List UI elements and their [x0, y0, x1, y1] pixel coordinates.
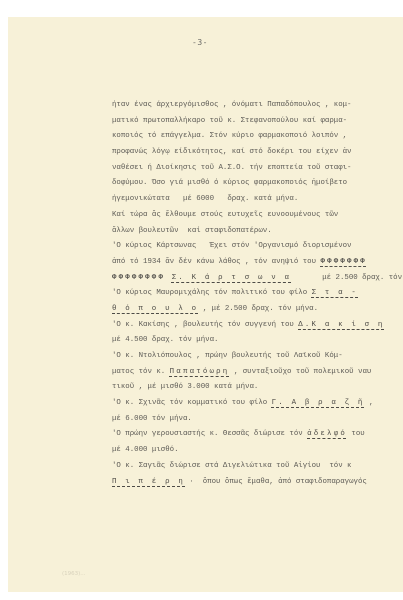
text-run: ματος τόν κ.: [112, 368, 170, 376]
text-line: 'Ο κύριος Κάρτσωνας Έχει στόν 'Οργανισμό…: [112, 239, 402, 255]
text-line: ήταν ένας άρχιεργόμισθος , όνόματι Παπαδ…: [112, 98, 402, 114]
text-line: τικοῦ , μέ μισθό 3.000 κατά μήνα.: [112, 380, 402, 396]
underlined-name: Δ.Κ α κ ί σ η: [298, 321, 384, 329]
text-run: του: [347, 430, 365, 438]
text-line: ἀπό τό 1934 ἄν δέν κάνω λάθος , τόν ανηψ…: [112, 255, 402, 271]
text-run: Καί τώρα ἄς ἔλθουμε στούς ευτυχεῖς ευνοο…: [112, 211, 338, 219]
underlined-name: Γ. Α β ρ α ζ ῆ: [272, 399, 365, 407]
text-run: 'Ο κ. Ντολιόπουλος , πρώην βουλευτής τοῦ…: [112, 352, 343, 360]
text-run: ήταν ένας άρχιεργόμισθος , όνόματι Παπαδ…: [112, 101, 352, 109]
text-run: ἄλλων βουλευτῶν καί σταφιδοπατέρων.: [112, 227, 272, 235]
text-line: 'Ο κύριος Μαυρομιχάλης τόν πολιτικό του …: [112, 286, 402, 302]
text-line: ματος τόν κ. Παπατόωρη , συνταξιοῦχο τοῦ…: [112, 365, 402, 381]
archive-mark: (1963)...: [62, 571, 86, 577]
underlined-name: ΦΦΦΦΦΦΦ: [320, 258, 366, 266]
text-run: ναθέσει ή Διοίκησις τοῦ Α.Σ.Ο. τήν εποπτ…: [112, 164, 352, 172]
underlined-name: θ ό π ο υ λ ο: [112, 305, 198, 313]
text-line: Καί τώρα ἄς ἔλθουμε στούς ευτυχεῖς ευνοο…: [112, 208, 402, 224]
text-run: 'Ο κύριος Κάρτσωνας Έχει στόν 'Οργανισμό…: [112, 242, 352, 250]
text-run: προφανώς λόγῳ είδικότητος, καί στό δοκέρ…: [112, 148, 352, 156]
text-run: 'Ο κ. Σχινᾶς τόν κομματικό του φίλο: [112, 399, 272, 407]
text-line: 'Ο κ. Κακίσης , βουλευτής τόν συγγενή το…: [112, 318, 402, 334]
text-run: μέ 4.000 μισθό.: [112, 446, 179, 454]
text-run: ἀπό τό 1934 ἄν δέν κάνω λάθος , τόν ανηψ…: [112, 258, 320, 266]
text-line: 'Ο κ. Σαγιᾶς διώρισε στά Διγελιώτικα τοῦ…: [112, 459, 402, 475]
text-run: μέ 2.500 δραχ. τόν μήνα: [291, 274, 403, 282]
text-line: κοποιός τό επάγγελμα. Στόν κύριο φαρμακο…: [112, 129, 402, 145]
underlined-name: ἀδελφό: [307, 430, 347, 438]
underlined-name: Παπατόωρη: [170, 368, 230, 376]
text-run: τικοῦ , μέ μισθό 3.000 κατά μήνα.: [112, 383, 258, 391]
text-line: προφανώς λόγῳ είδικότητος, καί στό δοκέρ…: [112, 145, 402, 161]
text-line: 'Ο κ. Ντολιόπουλος , πρώην βουλευτής τοῦ…: [112, 349, 402, 365]
text-line: ναθέσει ή Διοίκησις τοῦ Α.Σ.Ο. τήν εποπτ…: [112, 161, 402, 177]
page-number: -3-: [180, 38, 220, 47]
text-run: μέ 4.500 δραχ. τόν μήνα.: [112, 336, 218, 344]
underlined-name: Π ι π έ ρ η: [112, 478, 185, 486]
typewritten-body: ήταν ένας άρχιεργόμισθος , όνόματι Παπαδ…: [112, 98, 402, 490]
text-line: Π ι π έ ρ η · ὅπου ὅπως ἔμαθα, ἀπό σταφι…: [112, 475, 402, 491]
text-run: μέ 6.000 τόν μήνα.: [112, 415, 192, 423]
text-line: ματικό πρωτοπαλλήκαρο τοῦ κ. Στεφανοπούλ…: [112, 114, 402, 130]
text-run: 'Ο κ. Σαγιᾶς διώρισε στά Διγελιώτικα τοῦ…: [112, 462, 352, 470]
text-line: μέ 6.000 τόν μήνα.: [112, 412, 402, 428]
text-line: μέ 4.000 μισθό.: [112, 443, 402, 459]
text-run: 'Ο κύριος Μαυρομιχάλης τόν πολιτικό του …: [112, 289, 312, 297]
text-run: δοφύμου. Όσο γιά μισθό ό κύριος φαρμακοπ…: [112, 179, 347, 187]
text-run: , συνταξιοῦχο τοῦ πολεμικοῦ ναυ: [229, 368, 371, 376]
text-run: 'Ο πρώην γερουσιαστής κ. Θεσσᾶς διώρισε …: [112, 430, 307, 438]
text-line: ήγεμονικώτατα μέ 6000 δραχ. κατά μήνα.: [112, 192, 402, 208]
text-run: , μέ 2.500 δραχ. τόν μήνα.: [198, 305, 318, 313]
text-run: ,: [365, 399, 374, 407]
text-run: κοποιός τό επάγγελμα. Στόν κύριο φαρμακο…: [112, 132, 347, 140]
underlined-name: ΦΦΦΦΦΦΦΦ: [112, 274, 172, 282]
text-run: 'Ο κ. Κακίσης , βουλευτής τόν συγγενή το…: [112, 321, 298, 329]
text-line: δοφύμου. Όσο γιά μισθό ό κύριος φαρμακοπ…: [112, 176, 402, 192]
text-line: ΦΦΦΦΦΦΦΦ Σ. Κ ά ρ τ σ ω ν α μέ 2.500 δρα…: [112, 271, 402, 287]
text-line: μέ 4.500 δραχ. τόν μήνα.: [112, 333, 402, 349]
text-run: · ὅπου ὅπως ἔμαθα, ἀπό σταφιδοπαραγωγός: [185, 478, 367, 486]
underlined-name: Σ τ α -: [312, 289, 358, 297]
text-line: θ ό π ο υ λ ο , μέ 2.500 δραχ. τόν μήνα.: [112, 302, 402, 318]
text-line: 'Ο κ. Σχινᾶς τόν κομματικό του φίλο Γ. Α…: [112, 396, 402, 412]
text-line: ἄλλων βουλευτῶν καί σταφιδοπατέρων.: [112, 224, 402, 240]
text-run: ήγεμονικώτατα μέ 6000 δραχ. κατά μήνα.: [112, 195, 298, 203]
text-run: ματικό πρωτοπαλλήκαρο τοῦ κ. Στεφανοπούλ…: [112, 117, 347, 125]
text-line: 'Ο πρώην γερουσιαστής κ. Θεσσᾶς διώρισε …: [112, 427, 402, 443]
underlined-name: Σ. Κ ά ρ τ σ ω ν α: [172, 274, 291, 282]
